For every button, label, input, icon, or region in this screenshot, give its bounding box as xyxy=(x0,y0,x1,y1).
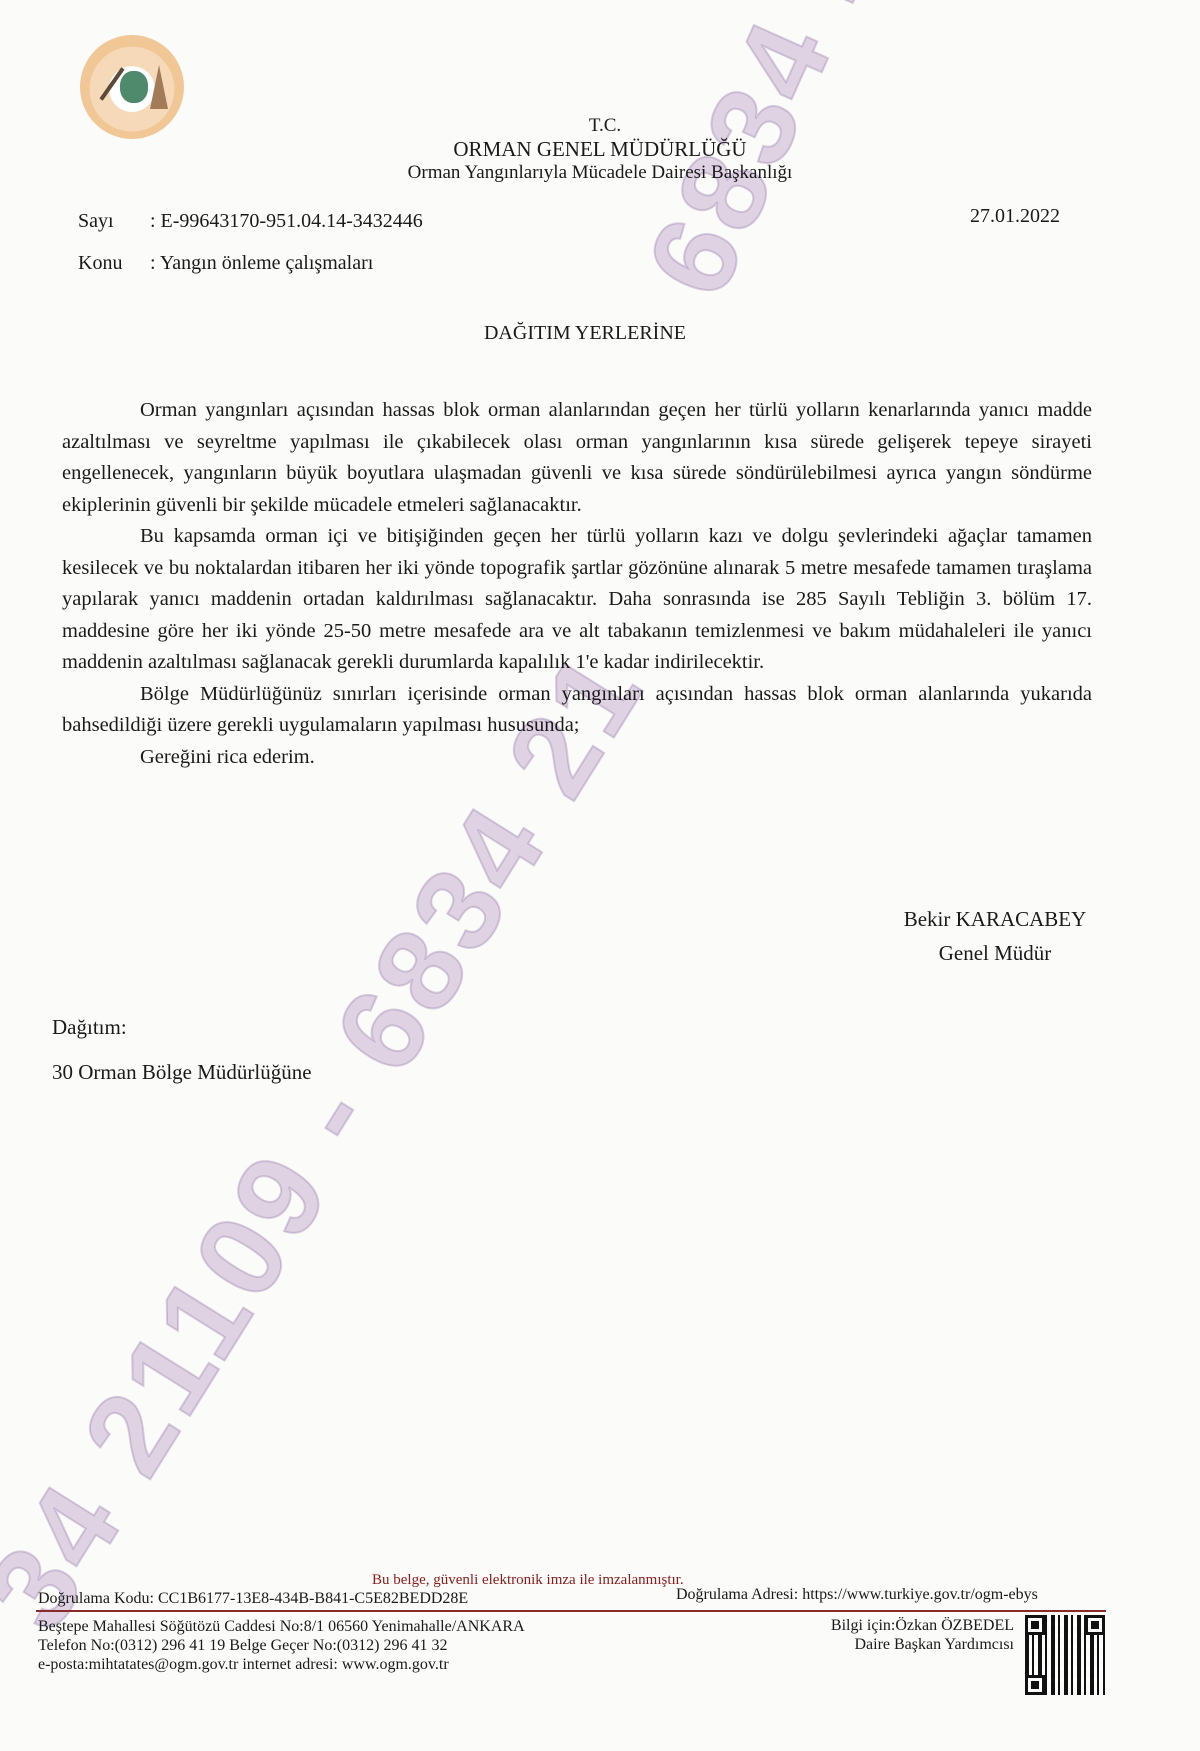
phone-line: Telefon No:(0312) 296 41 19 Belge Geçer … xyxy=(38,1636,525,1655)
qr-finder-icon xyxy=(1025,1615,1045,1635)
signature-block: Bekir KARACABEY Genel Müdür xyxy=(870,902,1120,970)
header-organization: ORMAN GENEL MÜDÜRLÜĞÜ xyxy=(0,137,1200,162)
konu-label: Konu xyxy=(78,252,122,275)
address-line: Beştepe Mahallesi Söğütözü Caddesi No:8/… xyxy=(38,1617,525,1636)
contact-info: Bilgi için:Özkan ÖZBEDEL Daire Başkan Ya… xyxy=(790,1616,1014,1654)
sayi-label: Sayı xyxy=(78,210,114,233)
sayi-value: : E-99643170-951.04.14-3432446 xyxy=(150,210,423,233)
qr-code-icon xyxy=(1025,1615,1105,1695)
distribution-label: Dağıtım: xyxy=(52,1015,127,1040)
watermark-lower: 34 21109 - 6834 21 xyxy=(0,626,672,1652)
footer-address-block: Beştepe Mahallesi Söğütözü Caddesi No:8/… xyxy=(38,1617,525,1674)
body-paragraph: Gereğini rica ederim. xyxy=(62,742,1092,774)
signatory-title: Genel Müdür xyxy=(870,936,1120,970)
globe-icon xyxy=(120,71,148,103)
verification-address[interactable]: Doğrulama Adresi: https://www.turkiye.go… xyxy=(676,1586,1038,1604)
tree-icon xyxy=(150,65,168,109)
distribution-value: 30 Orman Bölge Müdürlüğüne xyxy=(52,1060,312,1085)
esign-note: Bu belge, güvenli elektronik imza ile im… xyxy=(372,1572,684,1589)
document-date: 27.01.2022 xyxy=(970,205,1060,228)
info-contact-title: Daire Başkan Yardımcısı xyxy=(790,1635,1014,1654)
verification-code: Doğrulama Kodu: CC1B6177-13E8-434B-B841-… xyxy=(38,1590,468,1608)
qr-finder-icon xyxy=(1025,1675,1045,1695)
body-paragraph: Bölge Müdürlüğünüz sınırları içerisinde … xyxy=(62,679,1092,742)
body-paragraph: Bu kapsamda orman içi ve bitişiğinden ge… xyxy=(62,521,1092,679)
qr-finder-icon xyxy=(1085,1615,1105,1635)
header-tc: T.C. xyxy=(5,115,1200,137)
signatory-name: Bekir KARACABEY xyxy=(870,902,1120,936)
header-department: Orman Yangınlarıyla Mücadele Dairesi Baş… xyxy=(0,162,1200,184)
info-contact-name: Bilgi için:Özkan ÖZBEDEL xyxy=(790,1616,1014,1635)
addressee-title: DAĞITIM YERLERİNE xyxy=(0,322,1170,345)
body-paragraph: Orman yangınları açısından hassas blok o… xyxy=(62,395,1092,521)
letter-body: Orman yangınları açısından hassas blok o… xyxy=(62,395,1092,773)
footer-divider xyxy=(36,1610,1106,1612)
email-line[interactable]: e-posta:mihtatates@ogm.gov.tr internet a… xyxy=(38,1655,525,1674)
konu-value: : Yangın önleme çalışmaları xyxy=(150,252,373,275)
